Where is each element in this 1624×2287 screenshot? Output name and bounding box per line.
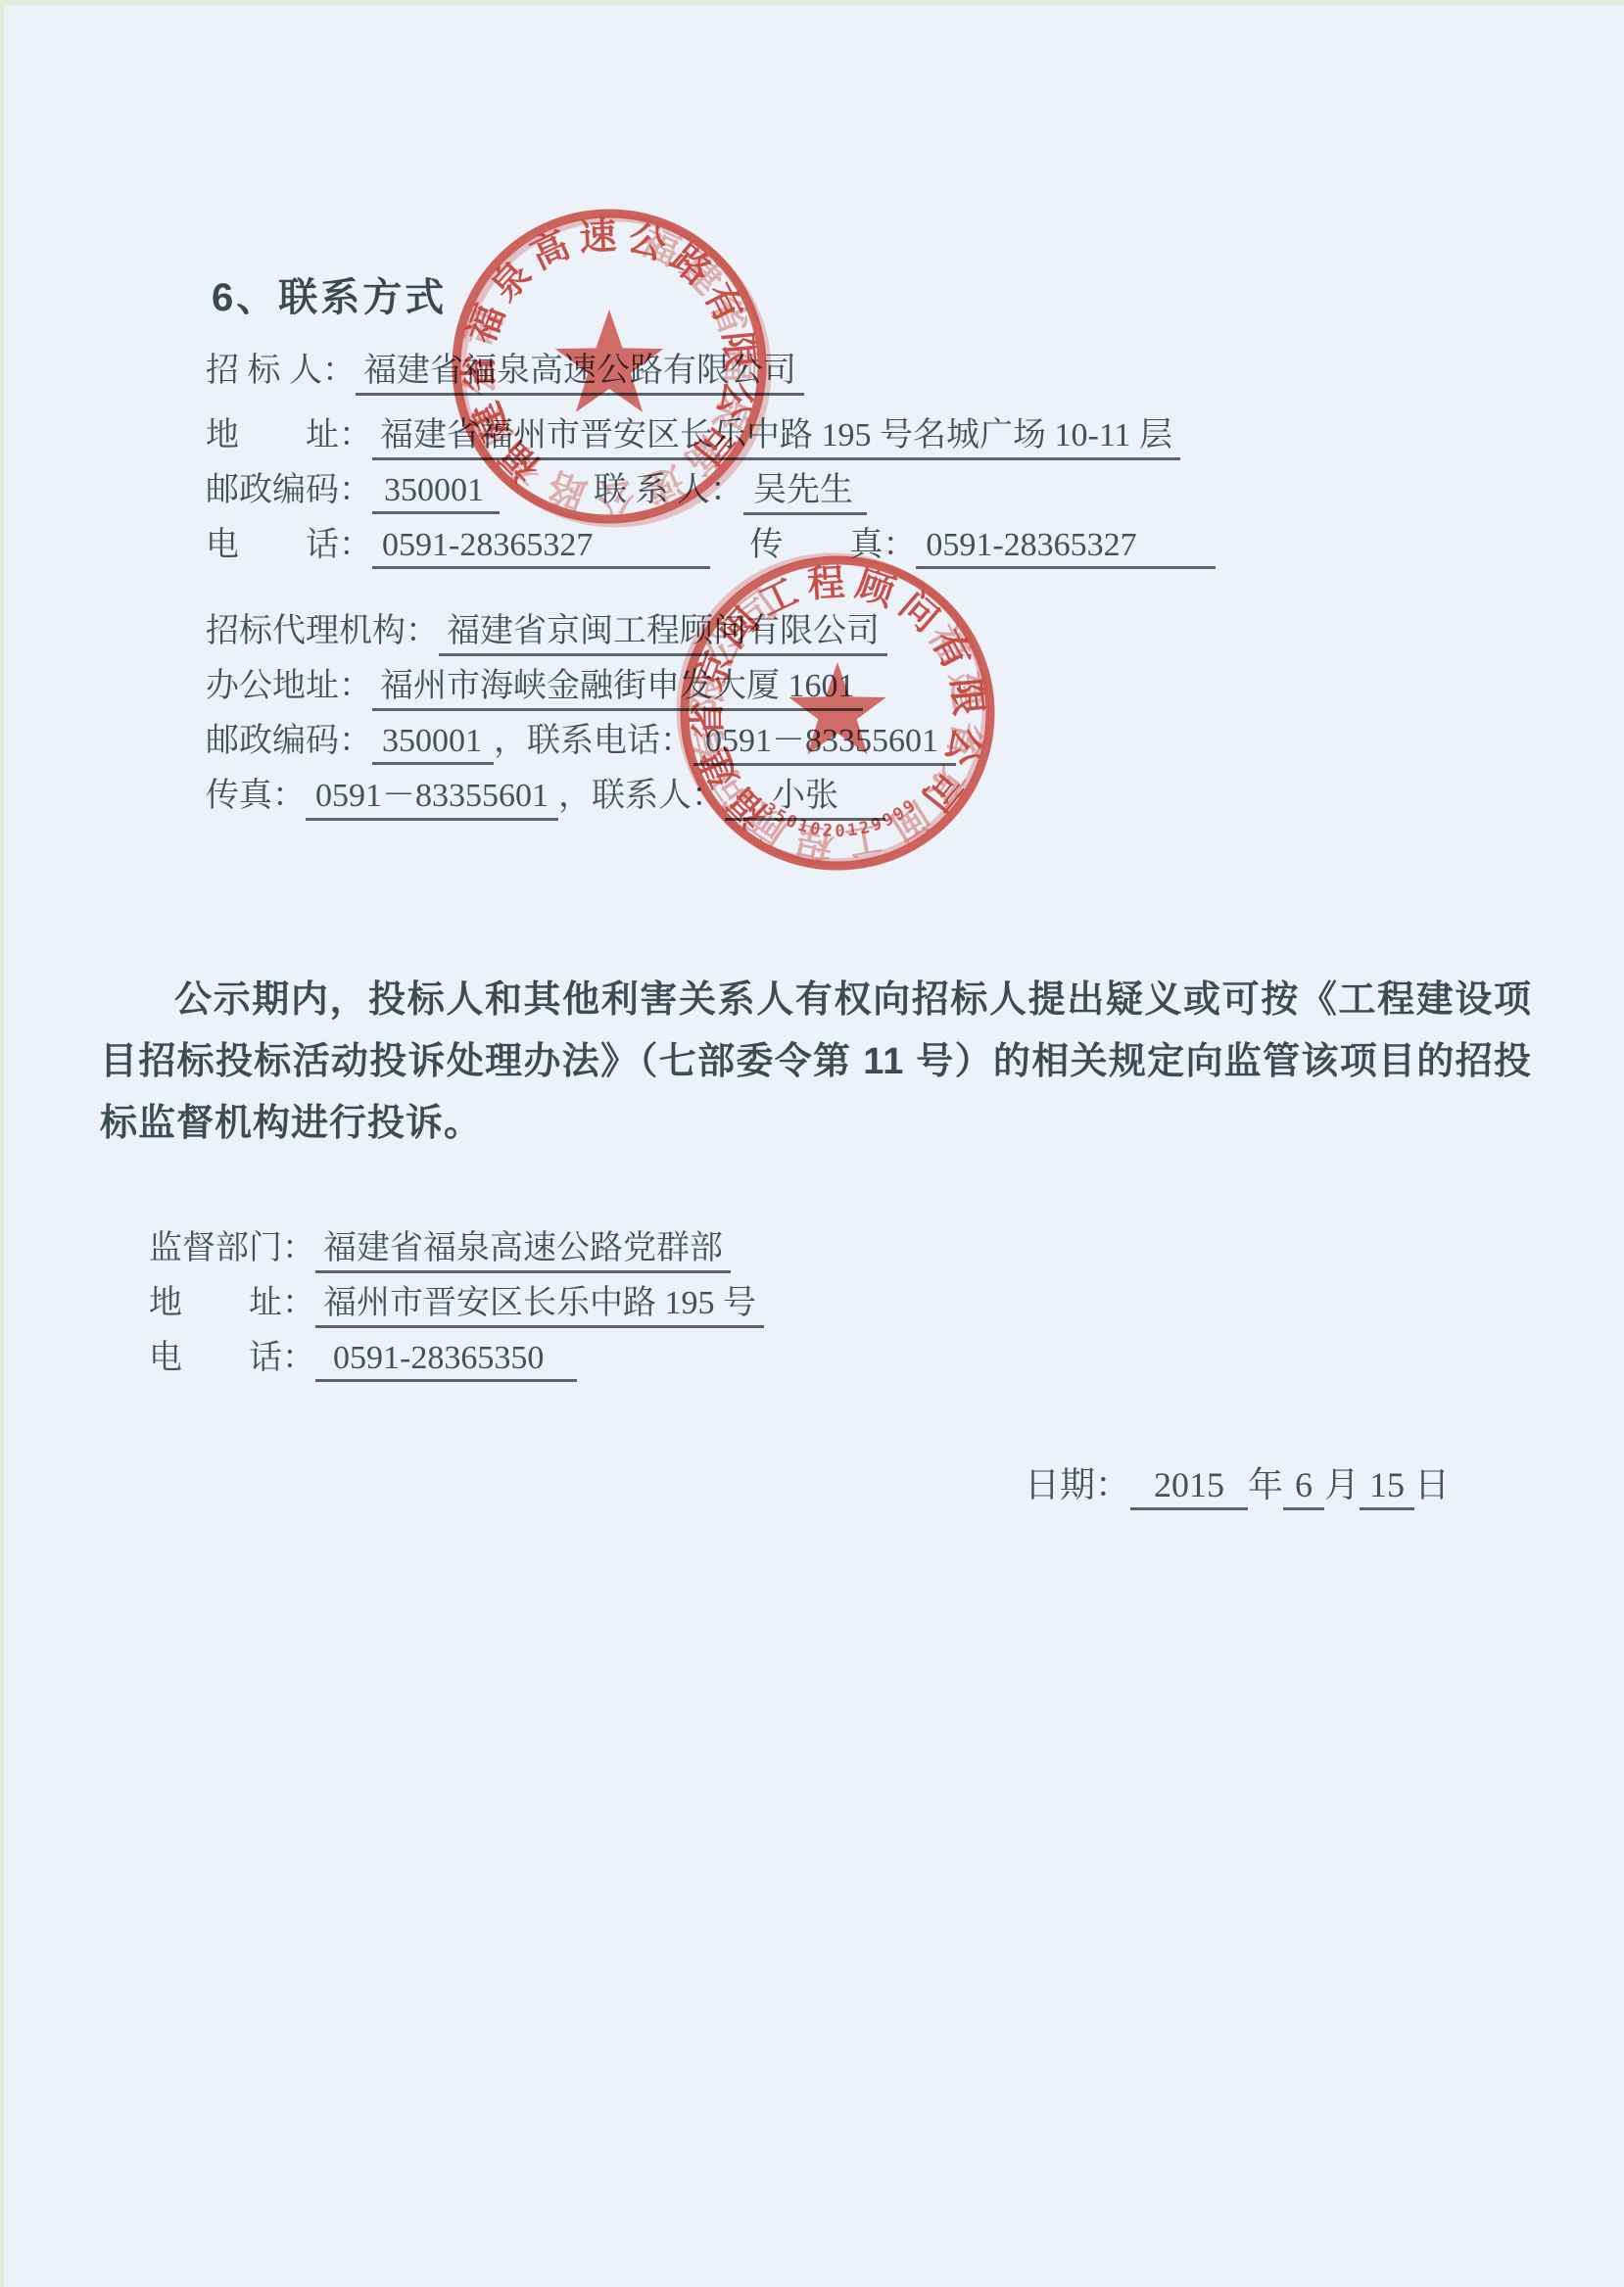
field-label: 传真： <box>206 778 306 814</box>
field-value: 福建省福泉高速公路党群部 <box>315 1220 731 1273</box>
date-month: 6 <box>1283 1464 1324 1510</box>
field-value: 0591-28365350 <box>315 1340 577 1382</box>
field-label: 联系电话： <box>527 723 693 759</box>
field-label: 电 话： <box>206 527 372 563</box>
supervisor-dept-row: 监督部门：福建省福泉高速公路党群部 <box>149 1220 731 1273</box>
seal-star-icon <box>788 662 885 754</box>
document-page: 6、联系方式 招 标 人：福建省福泉高速公路有限公司 地 址：福建省福州市晋安区… <box>0 0 1624 2287</box>
field-label: 邮政编码： <box>206 472 372 508</box>
field-label: 邮政编码： <box>206 723 372 759</box>
date-month-unit: 月 <box>1324 1465 1360 1504</box>
field-label: 地 址： <box>149 1285 315 1321</box>
date-day-unit: 日 <box>1414 1465 1450 1504</box>
separator: ， <box>494 723 527 759</box>
field-label: 电 话： <box>149 1340 315 1376</box>
date-day: 15 <box>1360 1464 1414 1510</box>
notice-paragraph: 公示期内，投标人和其他利害关系人有权向招标人提出疑义或可按《工程建设项目招标投标… <box>100 970 1532 1155</box>
seal-star-icon <box>555 310 663 412</box>
agency-seal-stamp: 福建省京闽工程顾问有限公司 福建省京闽工程顾问有限公司 350102012999… <box>671 547 1004 880</box>
date-year: 2015 <box>1130 1464 1248 1510</box>
field-value: 350001 <box>372 723 494 765</box>
field-label: 监督部门： <box>149 1230 315 1266</box>
scan-edge-top <box>0 0 1624 5</box>
field-label: 地 址： <box>206 417 372 453</box>
date-label: 日期： <box>1025 1465 1130 1504</box>
supervisor-address-row: 地 址：福州市晋安区长乐中路 195 号 <box>149 1275 764 1328</box>
field-label: 招标代理机构： <box>206 613 439 649</box>
field-value: 0591－83355601 <box>306 768 558 821</box>
tenderer-seal-stamp: 福建省福泉高速公路有限公司 福建省福泉高速公路有限公司 <box>443 200 776 533</box>
field-label: 办公地址： <box>206 668 372 704</box>
field-value: 0591-28365327 <box>372 527 710 569</box>
field-label: 招 标 人： <box>206 353 356 389</box>
date-year-unit: 年 <box>1248 1465 1283 1504</box>
date-line: 日期：2015年6月15日 <box>1025 1457 1450 1510</box>
field-value: 福州市晋安区长乐中路 195 号 <box>315 1275 764 1328</box>
supervisor-phone-row: 电 话：0591-28365350 <box>149 1330 577 1382</box>
scan-edge-left <box>0 0 4 2287</box>
separator: ， <box>558 778 592 814</box>
section-heading: 6、联系方式 <box>212 266 447 322</box>
